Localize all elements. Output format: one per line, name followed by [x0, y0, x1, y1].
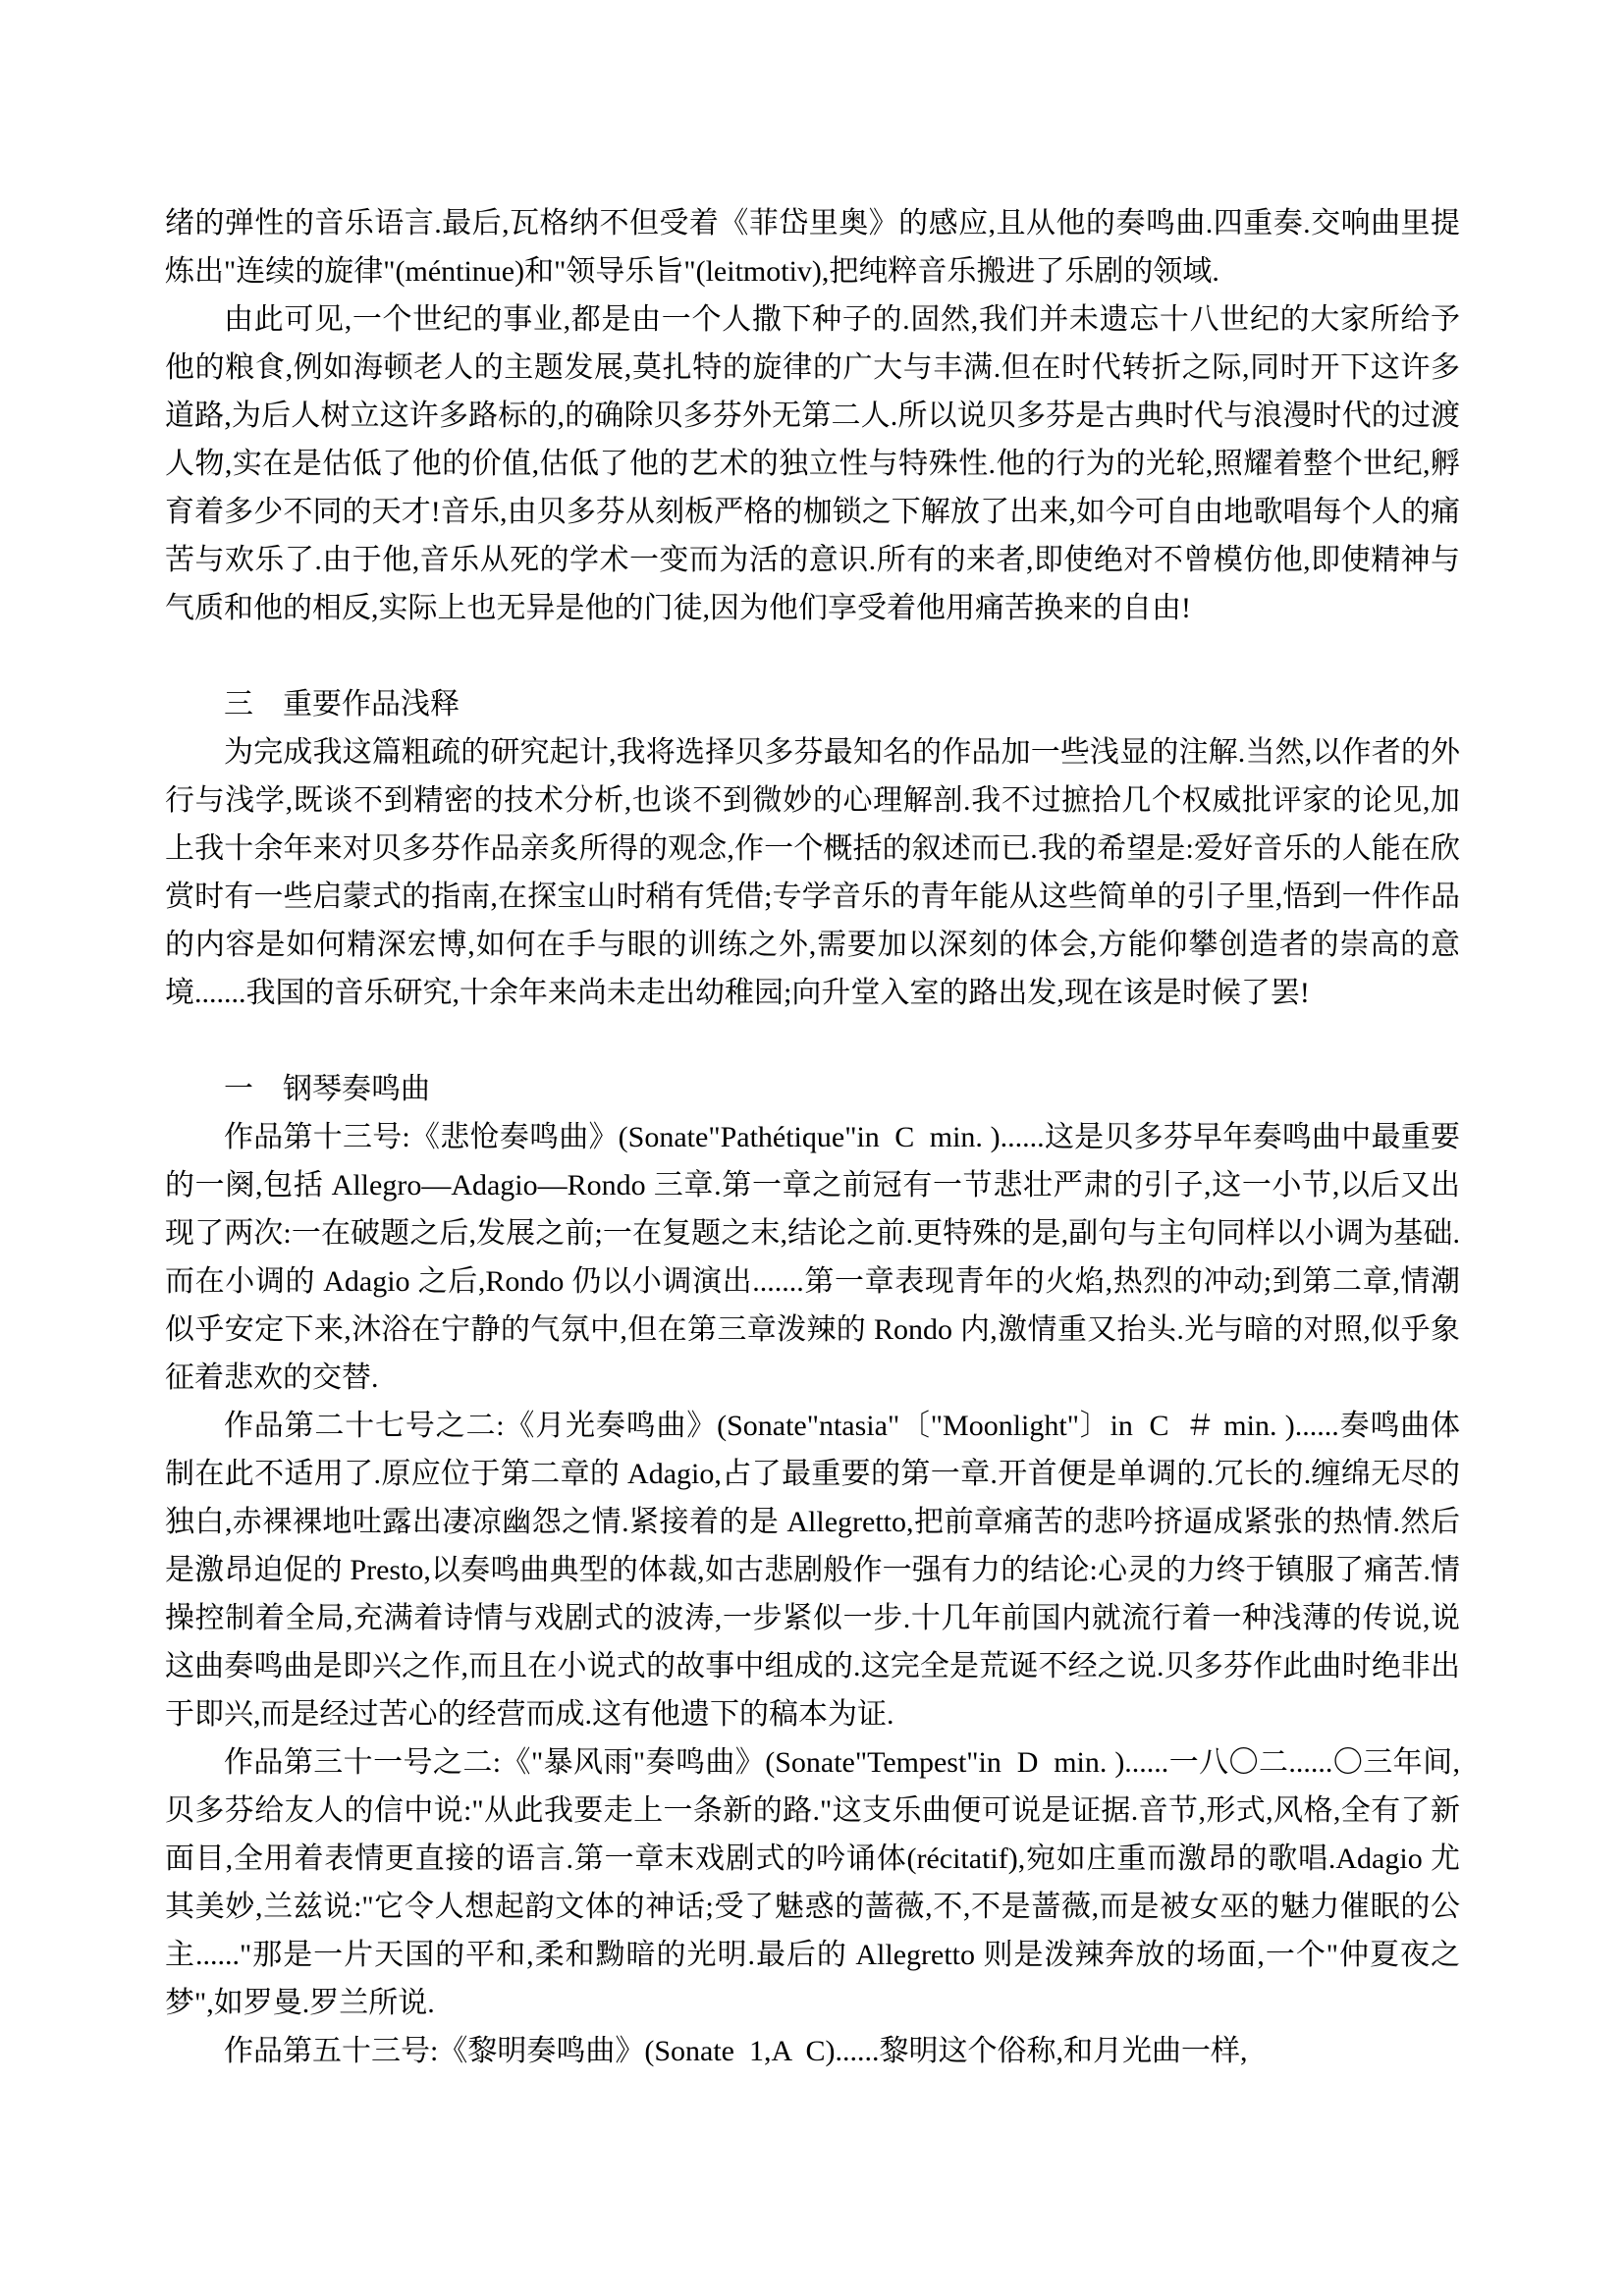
paragraph: 作品第三十一号之二:《"暴风雨"奏鸣曲》(Sonate"Tempest"in D… — [165, 1738, 1460, 2027]
section-heading: 一 钢琴奏鸣曲 — [165, 1065, 1460, 1113]
paragraph: 为完成我这篇粗疏的研究起计,我将选择贝多芬最知名的作品加一些浅显的注解.当然,以… — [165, 728, 1460, 1017]
paragraph: 作品第十三号:《悲怆奏鸣曲》(Sonate"Pathétique"in C mi… — [165, 1113, 1460, 1402]
paragraph: 由此可见,一个世纪的事业,都是由一个人撒下种子的.固然,我们并未遗忘十八世纪的大… — [165, 295, 1460, 632]
section-heading: 三 重要作品浅释 — [165, 680, 1460, 728]
document-page: 绪的弹性的音乐语言.最后,瓦格纳不但受着《菲岱里奥》的感应,且从他的奏鸣曲.四重… — [0, 0, 1624, 2296]
paragraph: 作品第二十七号之二:《月光奏鸣曲》(Sonate"ntasia"〔"Moonli… — [165, 1402, 1460, 1738]
paragraph: 绪的弹性的音乐语言.最后,瓦格纳不但受着《菲岱里奥》的感应,且从他的奏鸣曲.四重… — [165, 199, 1460, 295]
paragraph: 作品第五十三号:《黎明奏鸣曲》(Sonate 1,A C)......黎明这个俗… — [165, 2027, 1460, 2075]
